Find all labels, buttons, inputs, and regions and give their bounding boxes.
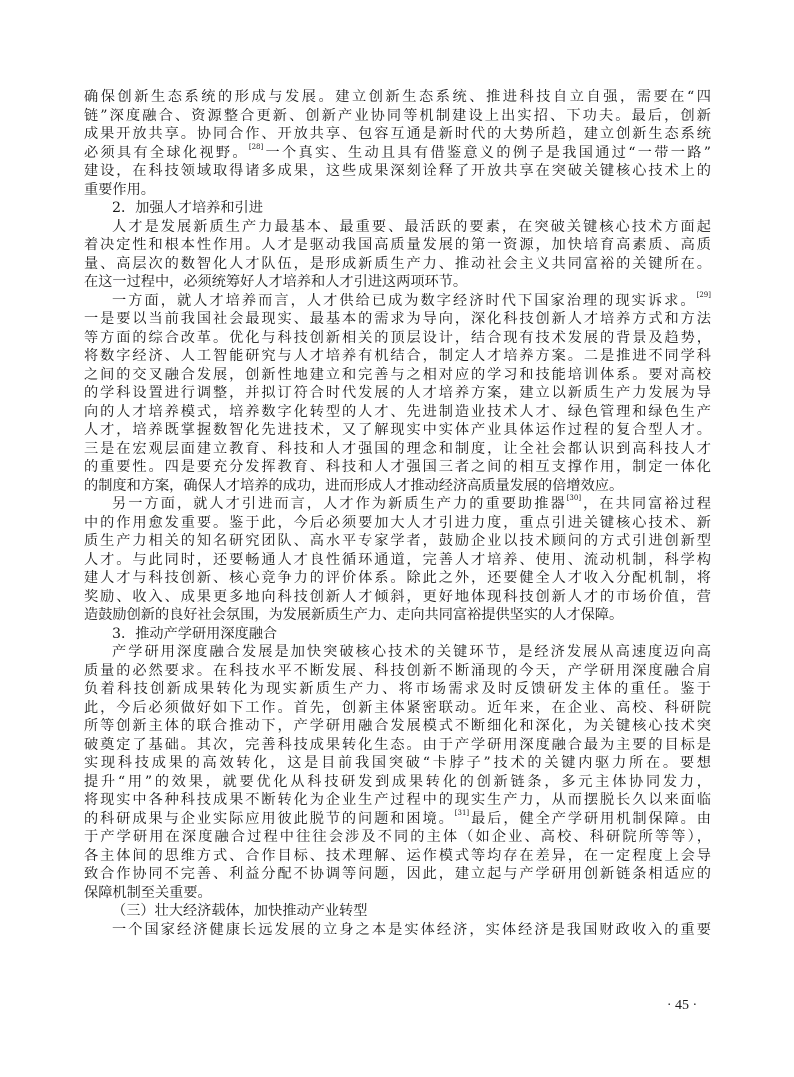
text-line: 的制度和方案，确保人才培养的成功，进而形成人才推动经济高质量发展的倍增效应。 <box>84 477 711 496</box>
citation-ref: [29] <box>697 291 711 299</box>
text-line: 提升“用”的效果，就要优化从科技研发到成果转化的创新链条，多元主体协同发力， <box>84 773 711 792</box>
text-line: 的学科设置进行调整，并拟订符合时代发展的人才培养方案，建立以新质生产力发展为导 <box>84 384 711 403</box>
text-segment: 三是在宏观层面建立教育、科技和人才强国的理念和制度，让全社会都认识到高科技人才 <box>84 441 711 457</box>
text-line: 人才，培养既掌握数智化先进技术，又了解现实中实体产业具体运作过程的复合型人才。 <box>84 421 711 440</box>
text-segment: 将现实中各种科技成果不断转化为企业生产过程中的现实生产力，从而摆脱长久以来面临 <box>84 792 711 808</box>
text-line: 于产学研用在深度融合过程中往往会涉及不同的主体（如企业、高校、科研院所等等）， <box>84 828 711 847</box>
text-segment: 一个国家经济健康长远发展的立身之本是实体经济，实体经济是我国财政收入的重要 <box>112 922 711 938</box>
text-segment: 一个真实、生动且具有借鉴意义的例子是我国通过“一带一路” <box>263 145 711 161</box>
text-line: 质生产力相关的知名研究团队、高水平专家学者，鼓励企业以技术顾问的方式引进创新型 <box>84 532 711 551</box>
text-line: 造鼓励创新的良好社会氛围，为发展新质生产力、走向共同富裕提供坚实的人才保障。 <box>84 606 711 625</box>
text-segment: 一方面，就人才培养而言，人才供给已成为数字经济时代下国家治理的现实诉求。 <box>112 293 697 309</box>
text-line: 所等创新主体的联合推动下，产学研用融合发展模式不断细化和深化，为关键核心技术突 <box>84 717 711 736</box>
text-segment: 着决定性和根本性作用。人才是驱动我国高质量发展的第一资源，加快培育高素质、高质 <box>84 237 711 253</box>
citation-ref: [28] <box>249 143 263 151</box>
text-segment: 各主体间的思维方式、合作目标、技术理解、运作模式等均存在差异，在一定程度上会导 <box>84 848 711 864</box>
text-segment: 中的作用愈发重要。鉴于此，今后必须要加大人才引进力度，重点引进关键核心技术、新 <box>84 515 711 531</box>
text-line: 致合作协同不完善、利益分配不协调等问题，因此，建立起与产学研用创新链条相适应的 <box>84 865 711 884</box>
text-segment: 人才是发展新质生产力最基本、最重要、最活跃的要素，在突破关键核心技术方面起 <box>112 219 711 235</box>
text-segment: 建人才与科技创新、核心竞争力的评价体系。除此之外，还要健全人才收入分配机制，将 <box>84 570 711 586</box>
text-segment: （三）壮大经济载体，加快推动产业转型 <box>112 903 367 919</box>
text-segment: 的制度和方案，确保人才培养的成功，进而形成人才推动经济高质量发展的倍增效应。 <box>84 478 623 494</box>
text-segment: 在这一过程中，必须统筹好人才培养和人才引进这两项环节。 <box>84 274 467 290</box>
text-line: 三是在宏观层面建立教育、科技和人才强国的理念和制度，让全社会都认识到高科技人才 <box>84 440 711 459</box>
text-line: 将现实中各种科技成果不断转化为企业生产过程中的现实生产力，从而摆脱长久以来面临 <box>84 791 711 810</box>
page-number: · 45 · <box>664 998 700 1014</box>
text-segment: 产学研用深度融合发展是加快突破核心技术的关键环节，是经济发展从高速度迈向高 <box>112 644 711 660</box>
text-segment: 人才。与此同时，还要畅通人才良性循环通道，完善人才培养、使用、流动机制，科学构 <box>84 552 711 568</box>
text-line: 奖励、收入、成果更多地向科技创新人才倾斜，更好地体现科技创新人才的市场价值，营 <box>84 588 711 607</box>
text-line: 破奠定了基础。其次，完善科技成果转化生态。由于产学研用深度融合最为主要的目标是 <box>84 736 711 755</box>
text-segment: 于产学研用在深度融合过程中往往会涉及不同的主体（如企业、高校、科研院所等等）， <box>84 829 711 845</box>
text-line: 保障机制至关重要。 <box>84 884 711 903</box>
text-segment: 建设，在科技领域取得诸多成果，这些成果深刻诠释了开放共享在突破关键核心技术上的 <box>84 163 711 179</box>
text-line: 中的作用愈发重要。鉴于此，今后必须要加大人才引进力度，重点引进关键核心技术、新 <box>84 514 711 533</box>
text-line: 向的人才培养模式，培养数字化转型的人才、先进制造业技术人才、绿色管理和绿色生产 <box>84 403 711 422</box>
text-line: 着决定性和根本性作用。人才是驱动我国高质量发展的第一资源，加快培育高素质、高质 <box>84 236 711 255</box>
text-line: 另一方面，就人才引进而言，人才作为新质生产力的重要助推器[30]，在共同富裕过程 <box>84 495 711 514</box>
text-segment: 确保创新生态系统的形成与发展。建立创新生态系统、推进科技自立自强，需要在“四 <box>84 89 711 105</box>
text-line: 建设，在科技领域取得诸多成果，这些成果深刻诠释了开放共享在突破关键核心技术上的 <box>84 162 711 181</box>
text-segment: ，在共同富裕过程 <box>581 496 711 512</box>
text-line: 的科研成果与企业实际应用彼此脱节的问题和困境。[31]最后，健全产学研用机制保障… <box>84 810 711 829</box>
text-segment: 的科研成果与企业实际应用彼此脱节的问题和困境。 <box>84 811 455 827</box>
document-body: 确保创新生态系统的形成与发展。建立创新生态系统、推进科技自立自强，需要在“四链”… <box>84 88 711 939</box>
text-line: 等方面的综合改革。优化与科技创新相关的顶层设计，结合现有技术发展的背景及趋势， <box>84 329 711 348</box>
text-segment: 3．推动产学研用深度融合 <box>112 626 277 642</box>
section-heading: 3．推动产学研用深度融合 <box>84 625 711 644</box>
text-segment: 另一方面，就人才引进而言，人才作为新质生产力的重要助推器 <box>112 496 567 512</box>
text-segment: 向的人才培养模式，培养数字化转型的人才、先进制造业技术人才、绿色管理和绿色生产 <box>84 404 711 420</box>
text-line: 重要作用。 <box>84 181 711 200</box>
text-segment: 提升“用”的效果，就要优化从科技研发到成果转化的创新链条，多元主体协同发力， <box>84 774 711 790</box>
text-segment: 等方面的综合改革。优化与科技创新相关的顶层设计，结合现有技术发展的背景及趋势， <box>84 330 711 346</box>
text-segment: 链”深度融合、资源整合更新、创新产业协同等机制建设上出实招、下功夫。最后，创新 <box>84 108 711 124</box>
text-segment: 的重要性。四是要充分发挥教育、科技和人才强国三者之间的相互支撑作用，制定一体化 <box>84 459 711 475</box>
text-line: 的重要性。四是要充分发挥教育、科技和人才强国三者之间的相互支撑作用，制定一体化 <box>84 458 711 477</box>
text-line: 在这一过程中，必须统筹好人才培养和人才引进这两项环节。 <box>84 273 711 292</box>
text-line: 人才。与此同时，还要畅通人才良性循环通道，完善人才培养、使用、流动机制，科学构 <box>84 551 711 570</box>
text-line: 一个国家经济健康长远发展的立身之本是实体经济，实体经济是我国财政收入的重要 <box>84 921 711 940</box>
text-line: 必须具有全球化视野。[28]一个真实、生动且具有借鉴意义的例子是我国通过“一带一… <box>84 144 711 163</box>
text-segment: 奖励、收入、成果更多地向科技创新人才倾斜，更好地体现科技创新人才的市场价值，营 <box>84 589 711 605</box>
text-segment: 2．加强人才培养和引进 <box>112 200 263 216</box>
citation-ref: [30] <box>567 494 581 502</box>
text-segment: 最后，健全产学研用机制保障。由 <box>469 811 711 827</box>
text-segment: 一是要以当前我国社会最现实、最基本的需求为导向，深化科技创新人才培养方式和方法 <box>84 311 711 327</box>
text-segment: 量、高层次的数智化人才队伍，是形成新质生产力、推动社会主义共同富裕的关键所在。 <box>84 256 711 272</box>
text-segment: 必须具有全球化视野。 <box>84 145 249 161</box>
text-line: 质量的必然要求。在科技水平不断发展、科技创新不断涌现的今天，产学研用深度融合肩 <box>84 662 711 681</box>
text-segment: 重要作用。 <box>84 182 155 198</box>
text-line: 建人才与科技创新、核心竞争力的评价体系。除此之外，还要健全人才收入分配机制，将 <box>84 569 711 588</box>
text-line: 产学研用深度融合发展是加快突破核心技术的关键环节，是经济发展从高速度迈向高 <box>84 643 711 662</box>
text-segment: 破奠定了基础。其次，完善科技成果转化生态。由于产学研用深度融合最为主要的目标是 <box>84 737 711 753</box>
text-segment: 将数字经济、人工智能研究与人才培养有机结合，制定人才培养方案。二是推进不同学科 <box>84 348 711 364</box>
text-segment: 造鼓励创新的良好社会氛围，为发展新质生产力、走向共同富裕提供坚实的人才保障。 <box>84 607 623 623</box>
text-segment: 致合作协同不完善、利益分配不协调等问题，因此，建立起与产学研用创新链条相适应的 <box>84 866 711 882</box>
text-segment: 保障机制至关重要。 <box>84 885 212 901</box>
text-line: 各主体间的思维方式、合作目标、技术理解、运作模式等均存在差异，在一定程度上会导 <box>84 847 711 866</box>
text-line: 实现科技成果的高效转化，这是目前我国突破“卡脖子”技术的关键内驱力所在。要想 <box>84 754 711 773</box>
text-segment: 的学科设置进行调整，并拟订符合时代发展的人才培养方案，建立以新质生产力发展为导 <box>84 385 711 401</box>
text-line: 人才是发展新质生产力最基本、最重要、最活跃的要素，在突破关键核心技术方面起 <box>84 218 711 237</box>
citation-ref: [31] <box>455 809 469 817</box>
text-segment: 负着科技创新成果转化为现实新质生产力、将市场需求及时反馈研发主体的重任。鉴于 <box>84 681 711 697</box>
text-segment: 实现科技成果的高效转化，这是目前我国突破“卡脖子”技术的关键内驱力所在。要想 <box>84 755 711 771</box>
text-line: 此，今后必须做好如下工作。首先，创新主体紧密联动。近年来，在企业、高校、科研院 <box>84 699 711 718</box>
section-heading: （三）壮大经济载体，加快推动产业转型 <box>84 902 711 921</box>
text-segment: 此，今后必须做好如下工作。首先，创新主体紧密联动。近年来，在企业、高校、科研院 <box>84 700 711 716</box>
text-line: 一是要以当前我国社会最现实、最基本的需求为导向，深化科技创新人才培养方式和方法 <box>84 310 711 329</box>
text-line: 负着科技创新成果转化为现实新质生产力、将市场需求及时反馈研发主体的重任。鉴于 <box>84 680 711 699</box>
text-line: 之间的交叉融合发展，创新性地建立和完善与之相对应的学习和技能培训体系。要对高校 <box>84 366 711 385</box>
text-line: 量、高层次的数智化人才队伍，是形成新质生产力、推动社会主义共同富裕的关键所在。 <box>84 255 711 274</box>
text-line: 一方面，就人才培养而言，人才供给已成为数字经济时代下国家治理的现实诉求。[29] <box>84 292 711 311</box>
text-segment: 质生产力相关的知名研究团队、高水平专家学者，鼓励企业以技术顾问的方式引进创新型 <box>84 533 711 549</box>
text-segment: 所等创新主体的联合推动下，产学研用融合发展模式不断细化和深化，为关键核心技术突 <box>84 718 711 734</box>
text-line: 将数字经济、人工智能研究与人才培养有机结合，制定人才培养方案。二是推进不同学科 <box>84 347 711 366</box>
text-line: 确保创新生态系统的形成与发展。建立创新生态系统、推进科技自立自强，需要在“四 <box>84 88 711 107</box>
text-segment: 人才，培养既掌握数智化先进技术，又了解现实中实体产业具体运作过程的复合型人才。 <box>84 422 711 438</box>
text-segment: 成果开放共享。协同合作、开放共享、包容互通是新时代的大势所趋，建立创新生态系统 <box>84 126 711 142</box>
text-segment: 质量的必然要求。在科技水平不断发展、科技创新不断涌现的今天，产学研用深度融合肩 <box>84 663 711 679</box>
text-segment: 之间的交叉融合发展，创新性地建立和完善与之相对应的学习和技能培训体系。要对高校 <box>84 367 711 383</box>
text-line: 成果开放共享。协同合作、开放共享、包容互通是新时代的大势所趋，建立创新生态系统 <box>84 125 711 144</box>
section-heading: 2．加强人才培养和引进 <box>84 199 711 218</box>
text-line: 链”深度融合、资源整合更新、创新产业协同等机制建设上出实招、下功夫。最后，创新 <box>84 107 711 126</box>
